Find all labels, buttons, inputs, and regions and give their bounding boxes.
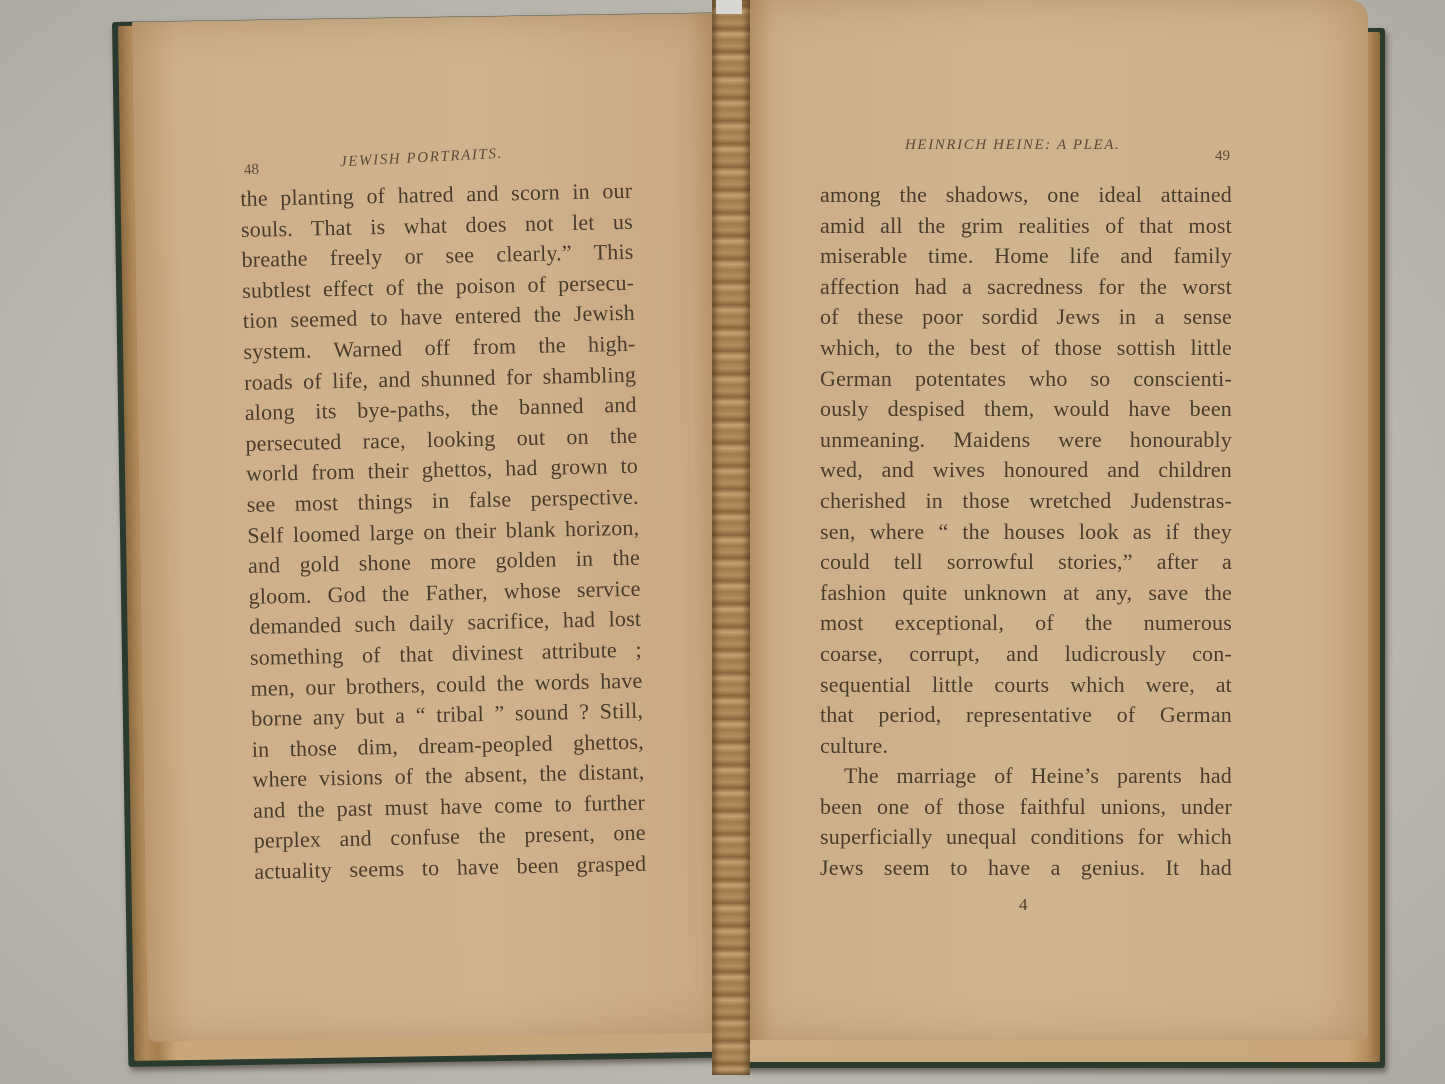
text-line: which, to the best of those sottish litt… <box>820 333 1232 364</box>
right-running-head: HEINRICH HEINE: A PLEA. <box>905 137 1120 154</box>
text-line: could tell sorrowful stories,” after a <box>820 547 1232 578</box>
text-line: culture. <box>820 731 1232 762</box>
text-line: The marriage of Heine’s parents had <box>820 761 1232 792</box>
text-line: been one of those faithful unions, under <box>820 792 1232 823</box>
text-line: most exceptional, of the numerous <box>820 608 1232 639</box>
signature-mark: 4 <box>1019 895 1028 915</box>
text-line: unmeaning. Maidens were honourably <box>820 425 1232 456</box>
text-line: fashion quite unknown at any, save the <box>820 578 1232 609</box>
text-line: sen, where “ the houses look as if they <box>820 517 1232 548</box>
text-line: Jews seem to have a genius. It had <box>820 853 1232 884</box>
book-spine-gutter <box>712 0 750 1075</box>
text-line: among the shadows, one ideal attained <box>820 180 1232 211</box>
text-line: amid all the grim realities of that most <box>820 211 1232 242</box>
text-line: German potentates who so conscienti- <box>820 364 1232 395</box>
text-line: cherished in those wretched Judenstras- <box>820 486 1232 517</box>
left-page-text: the planting of hatred and scorn in our … <box>240 176 647 888</box>
right-page-text: among the shadows, one ideal attained am… <box>820 180 1232 884</box>
text-line: coarse, corrupt, and ludicrously con- <box>820 639 1232 670</box>
text-line: ously despised them, would have been <box>820 394 1232 425</box>
text-line: affection had a sacredness for the worst <box>820 272 1232 303</box>
text-line: that period, representative of German <box>820 700 1232 731</box>
text-line: wed, and wives honoured and children <box>820 455 1232 486</box>
text-line: sequential little courts which were, at <box>820 670 1232 701</box>
text-line: superficially unequal conditions for whi… <box>820 822 1232 853</box>
left-page-number: 48 <box>243 161 259 179</box>
right-page-number: 49 <box>1215 148 1230 165</box>
text-line: of these poor sordid Jews in a sense <box>820 302 1232 333</box>
spine-gap <box>716 0 742 14</box>
text-line: miserable time. Home life and family <box>820 241 1232 272</box>
